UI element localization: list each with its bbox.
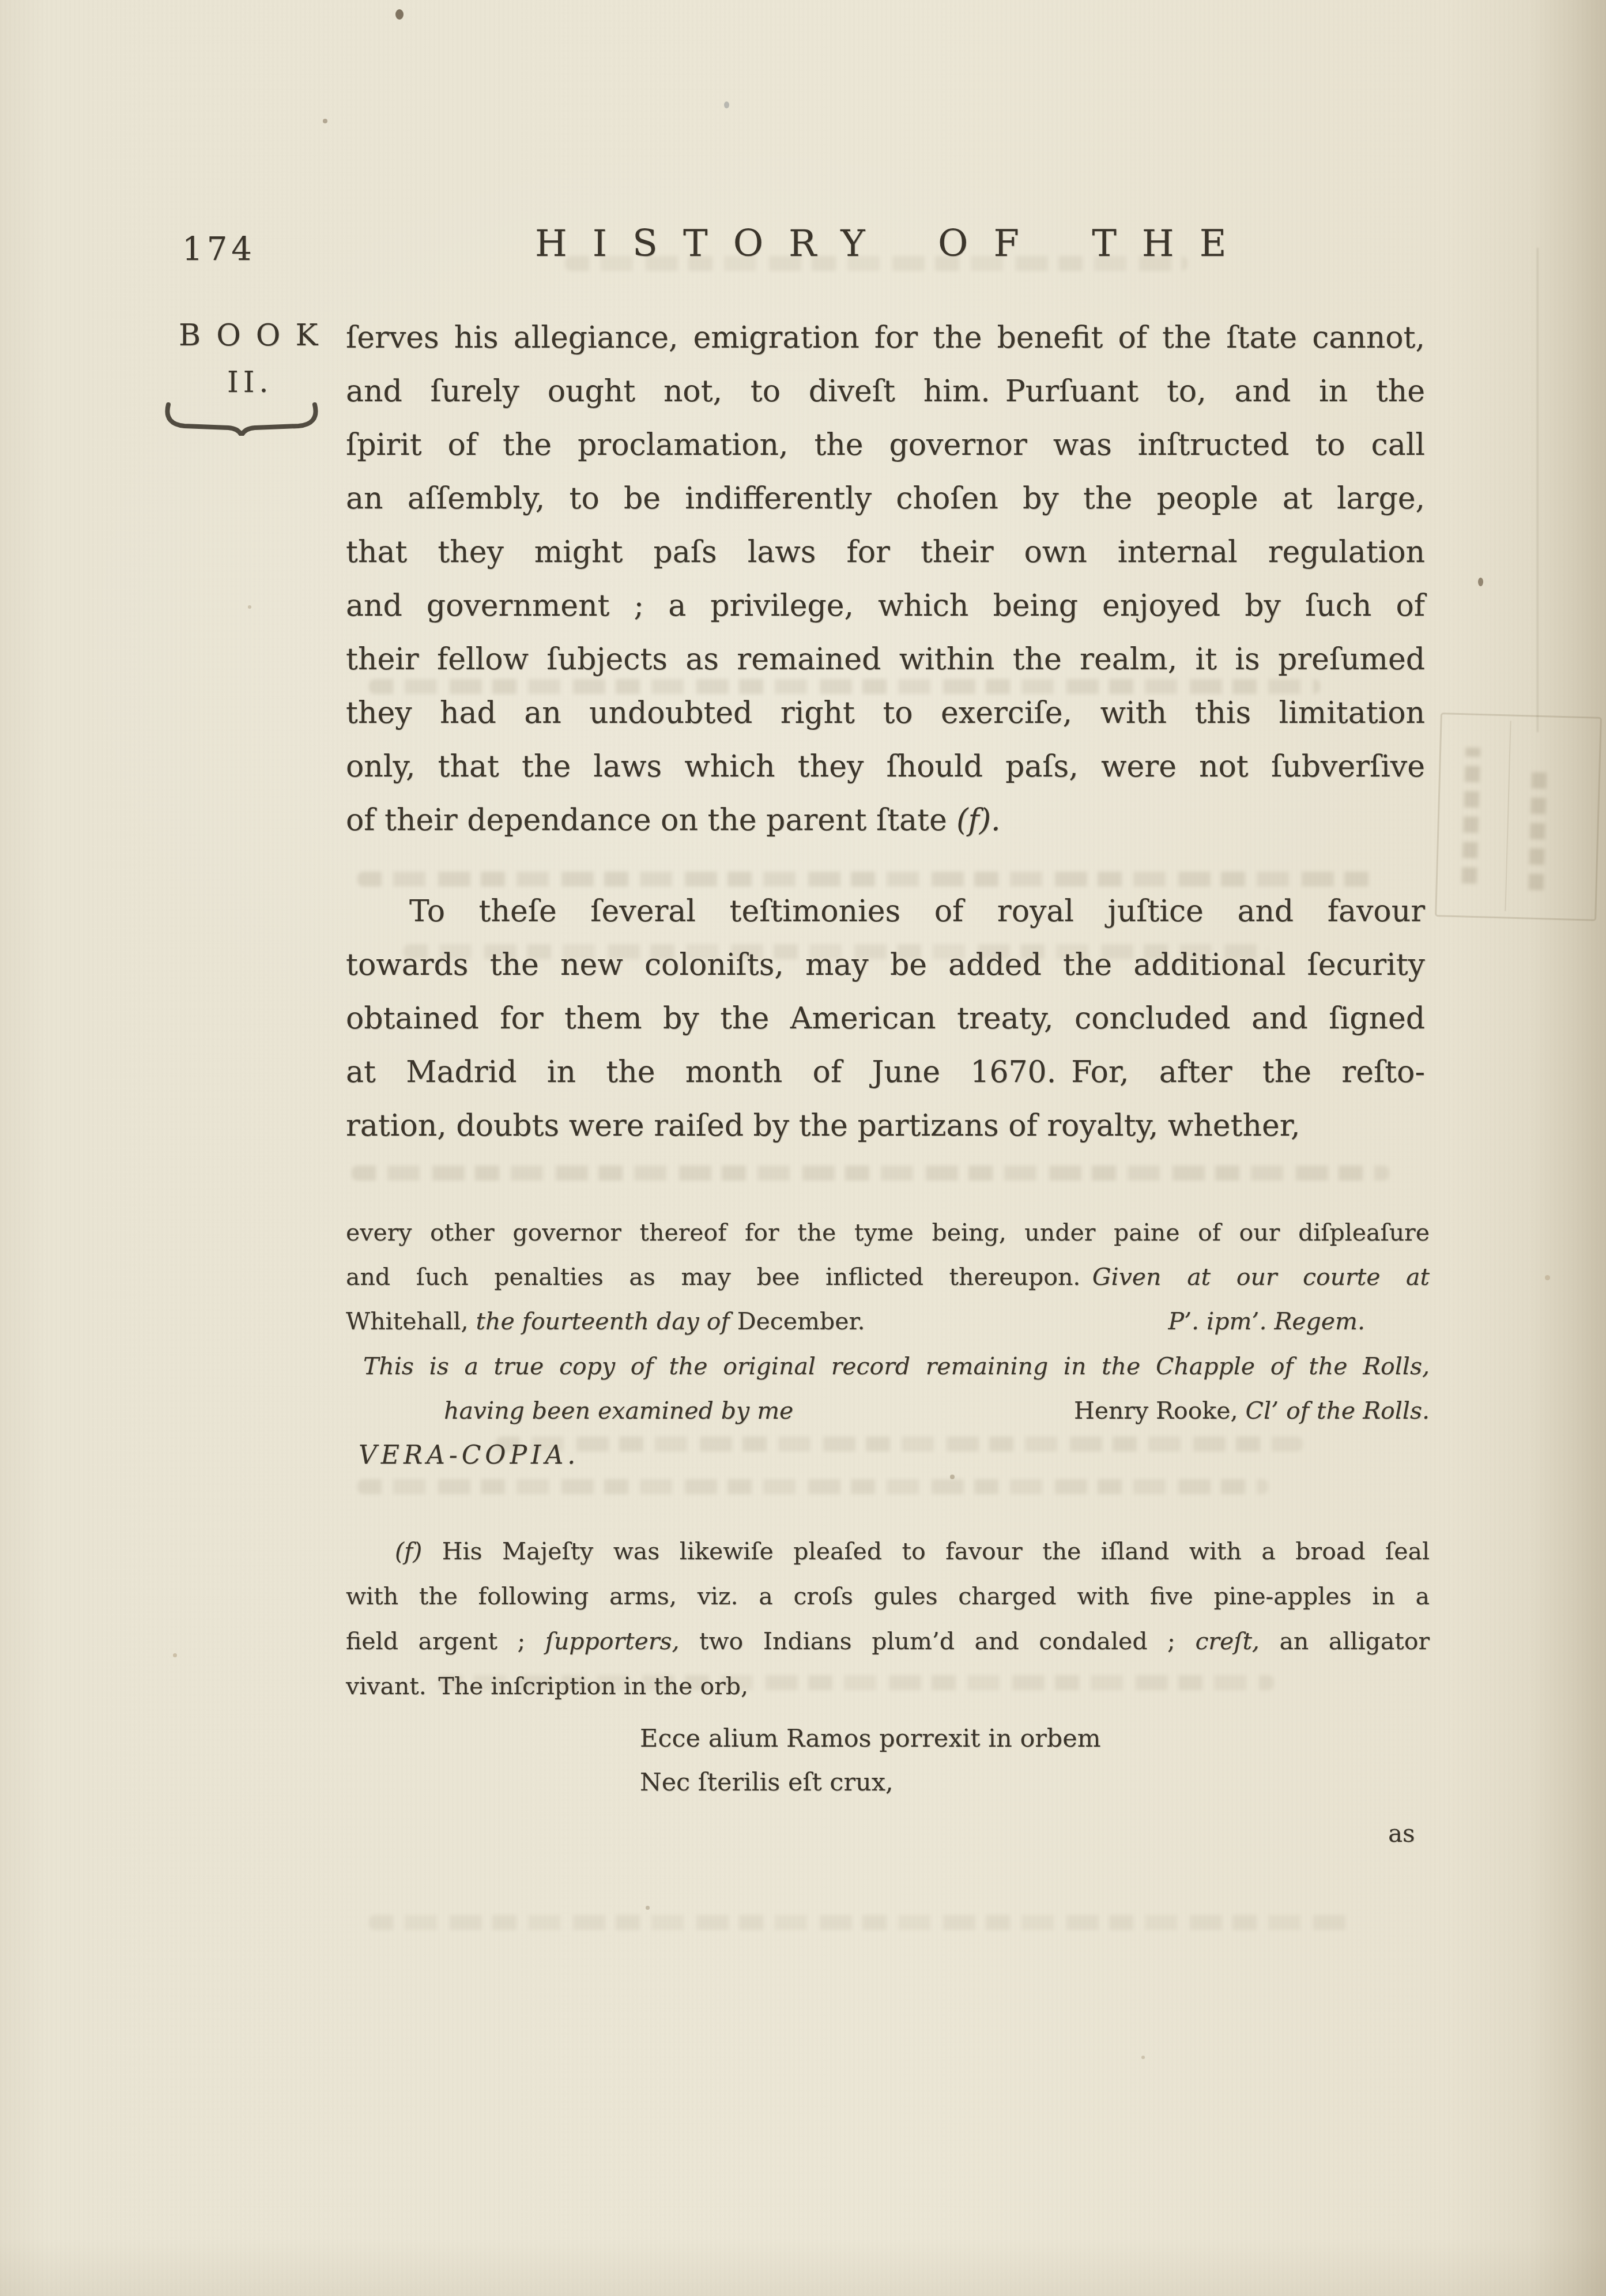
foxing-speck — [248, 605, 251, 609]
text-segment-italic: having been examined by me — [444, 1389, 793, 1433]
text-line: at Madrid in the month of June 1670. For… — [346, 1046, 1425, 1099]
text-segment: an alligator — [1260, 1627, 1430, 1655]
attestation-line: This is a true copy of the original reco… — [346, 1344, 1430, 1389]
footnote-line: and ſuch penalties as may bee inflicted … — [346, 1255, 1430, 1299]
show-through-line — [369, 1915, 1349, 1930]
text-line: an aſſembly, to be indifferently choſen … — [346, 472, 1425, 526]
text-line: only, that the laws which they ſhould pa… — [346, 740, 1425, 794]
text-segment-italic: ſupporters, — [545, 1627, 680, 1655]
text-line: that they might paſs laws for their own … — [346, 526, 1425, 579]
text-line: ration, doubts were raiſed by the partiz… — [346, 1099, 1425, 1153]
book-page-scan: 174 HISTORY OF THE BOOK II. ſerves his a… — [0, 0, 1606, 2296]
page-bottom-edge-shading — [0, 2238, 1606, 2296]
foxing-speck — [395, 9, 404, 20]
foxing-speck — [1545, 1275, 1550, 1280]
signature-regem: P’. ipm’. Regem. — [1168, 1299, 1365, 1344]
footnote-continuation: every other governor thereof for the tym… — [346, 1211, 1430, 1344]
text-segment: field argent ; — [346, 1627, 545, 1655]
foxing-speck — [646, 1906, 650, 1910]
foxing-speck — [724, 101, 729, 108]
text-line: they had an undoubted right to exerciſe,… — [346, 687, 1425, 740]
text-segment-italic: Given at our courte at — [1092, 1263, 1430, 1291]
text-line: and government ; a privilege, which bein… — [346, 579, 1425, 633]
body-paragraph-1: ſerves his allegiance, emigration for th… — [346, 311, 1425, 847]
text-segment: two Indians plum’d and condaled ; — [680, 1627, 1196, 1655]
footnote-line: every other governor thereof for the tym… — [346, 1211, 1430, 1255]
stamp-divider-line — [1505, 721, 1511, 911]
text-segment: Whitehall, — [346, 1307, 476, 1335]
footnote-marker-f: (f) — [395, 1537, 442, 1565]
footnote-f: (f) His Majeſty was likewiſe pleaſed to … — [346, 1529, 1430, 1709]
foxing-speck — [173, 1653, 177, 1657]
page-number: 174 — [182, 231, 256, 268]
vera-copia-label: VERA-COPIA. — [359, 1433, 1430, 1477]
latin-verse: Ecce alium Ramos porrexit in orbem Nec ſ… — [640, 1717, 1101, 1804]
footnote-line: (f) His Majeſty was likewiſe pleaſed to … — [346, 1529, 1430, 1574]
bleed-through-stamp — [1435, 712, 1602, 921]
text-line: of their dependance on the parent ſtate … — [346, 794, 1425, 847]
text-line: their fellow ſubjects as remained within… — [346, 633, 1425, 687]
footnote-line: with the following arms, viz. a croſs gu… — [346, 1574, 1430, 1619]
text-line: To theſe ſeveral teſtimonies of royal ju… — [346, 885, 1425, 938]
attestation-line: having been examined by me Henry Rooke, … — [346, 1389, 1430, 1433]
margin-note-book: BOOK — [179, 318, 333, 353]
text-segment: and ſuch penalties as may bee inflicted … — [346, 1263, 1092, 1291]
show-through-line — [352, 1166, 1389, 1181]
margin-note-volume: II. — [227, 365, 273, 399]
text-segment: December. — [737, 1307, 865, 1335]
stamp-ghost-text — [1462, 747, 1481, 884]
text-segment: Henry Rooke, — [1074, 1397, 1246, 1424]
running-header: HISTORY OF THE — [535, 223, 1251, 265]
margin-brace-icon — [164, 401, 319, 436]
footnote-line: vivant. The inſcription in the orb, — [346, 1664, 1430, 1709]
text-line: ſpirit of the proclamation, the governor… — [346, 419, 1425, 472]
page-edge-line — [1537, 248, 1539, 732]
text-segment-italic: Cl’ of the Rolls. — [1246, 1397, 1430, 1424]
body-paragraph-2: To theſe ſeveral teſtimonies of royal ju… — [346, 885, 1425, 1153]
text-line: towards the new coloniſts, may be added … — [346, 938, 1425, 992]
verse-line: Ecce alium Ramos porrexit in orbem — [640, 1717, 1101, 1760]
page-right-edge-shading — [1531, 0, 1606, 2296]
text-line: and ſurely ought not, to diveſt him. Pur… — [346, 365, 1425, 419]
text-segment: Whitehall, the fourteenth day of Decembe… — [346, 1299, 865, 1344]
foxing-speck — [1141, 2056, 1145, 2059]
foxing-speck — [1478, 578, 1483, 586]
text-line: ſerves his allegiance, emigration for th… — [346, 311, 1425, 365]
text-segment: His Majeſty was likewiſe pleaſed to favo… — [442, 1537, 1430, 1565]
foxing-speck — [323, 119, 327, 123]
footnote-line: Whitehall, the fourteenth day of Decembe… — [346, 1299, 1430, 1344]
text-segment: of their dependance on the parent ſtate — [346, 803, 956, 838]
text-line: obtained for them by the American treaty… — [346, 992, 1425, 1046]
verse-line: Nec ſterilis eſt crux, — [640, 1760, 1101, 1804]
catchword: as — [1388, 1819, 1415, 1848]
footnote-marker-f: (f). — [956, 803, 1000, 838]
attestation-block: This is a true copy of the original reco… — [346, 1344, 1430, 1477]
stamp-ghost-text — [1528, 771, 1547, 891]
signature-henry-rooke: Henry Rooke, Cl’ of the Rolls. — [1074, 1389, 1430, 1433]
show-through-line — [357, 1479, 1268, 1494]
text-segment-italic: creſt, — [1195, 1627, 1260, 1655]
text-segment-italic: the fourteenth day of — [476, 1307, 737, 1335]
footnote-line: field argent ; ſupporters, two Indians p… — [346, 1619, 1430, 1664]
